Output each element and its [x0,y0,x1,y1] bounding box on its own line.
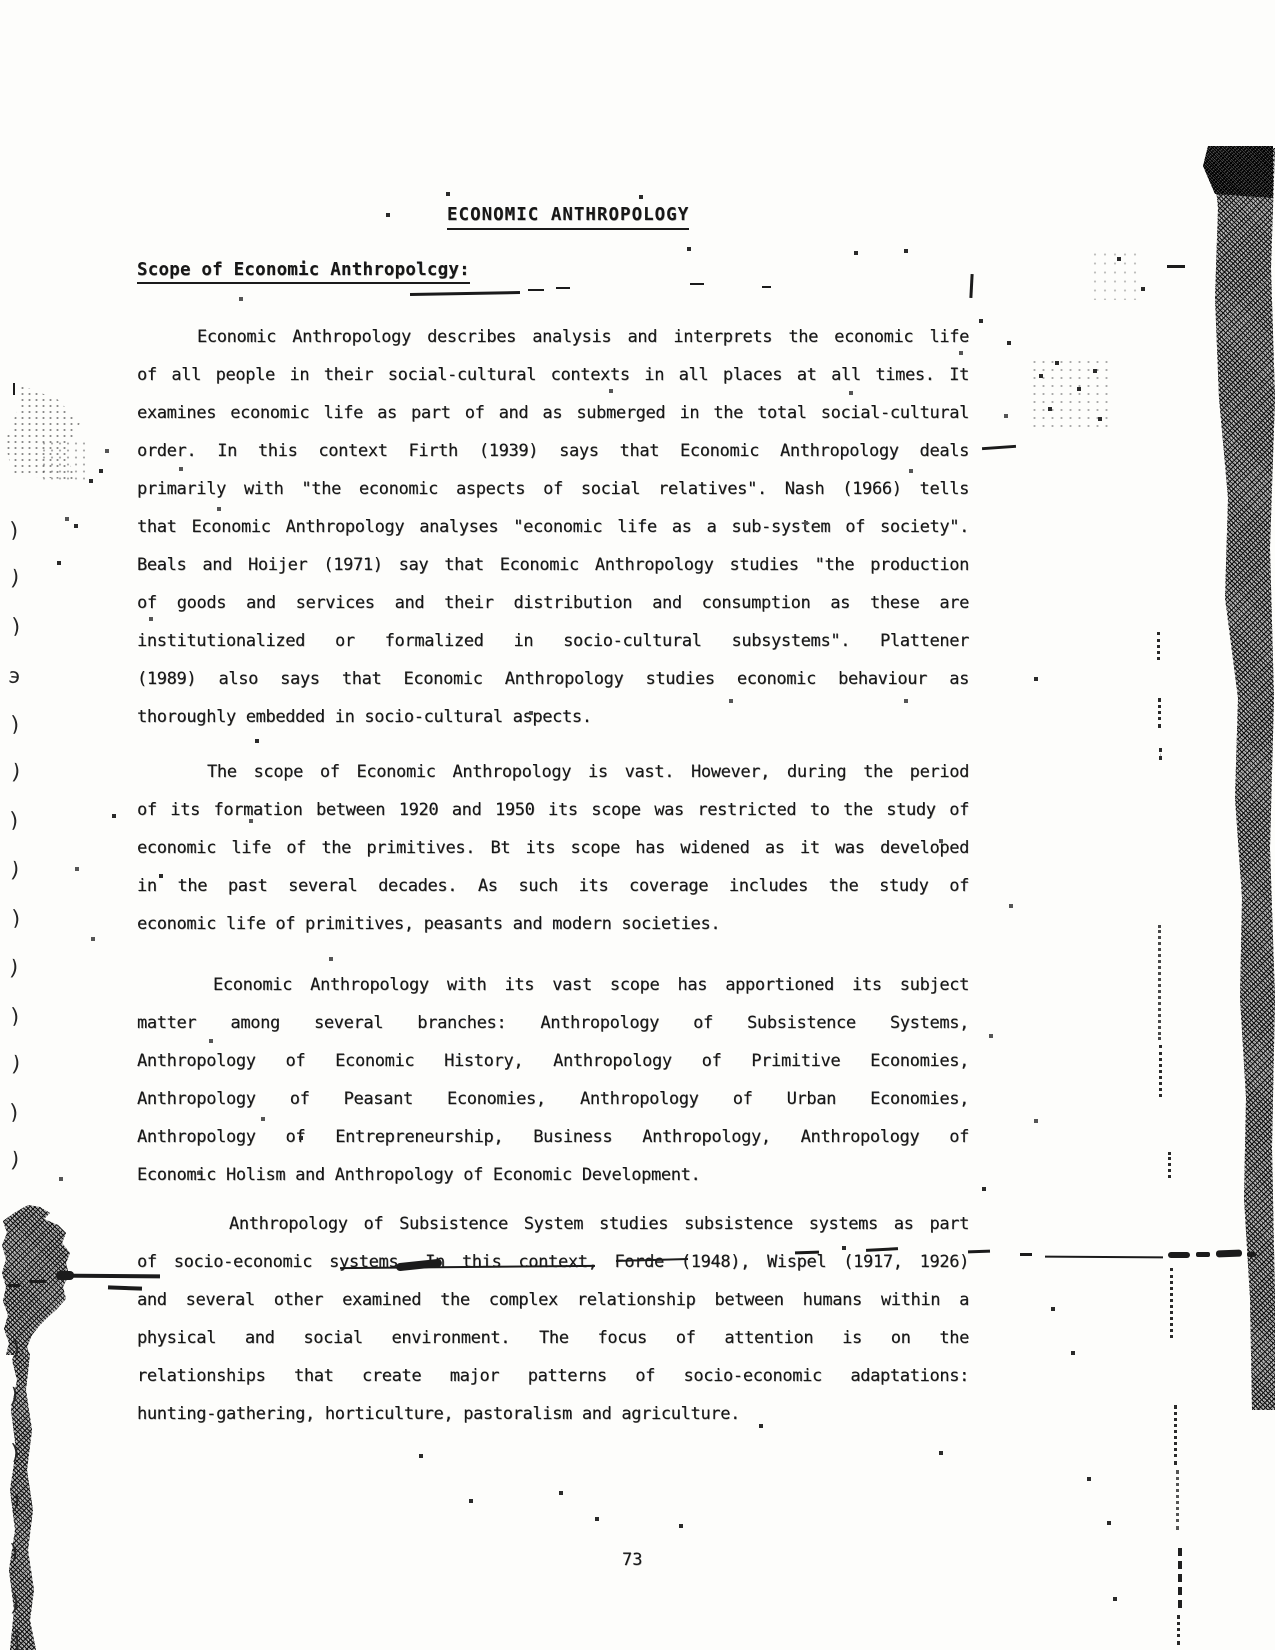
scan-edge-band-cap [1203,146,1273,198]
dotted-scan-line [1177,1615,1180,1645]
text-line: Economic Holism and Anthropology of Econ… [137,1156,969,1194]
speckle-patch [1030,358,1110,428]
binding-paren-mark: ) [9,1491,24,1513]
text-line: physical and social environment. The foc… [137,1319,969,1357]
text-line: that Economic Anthropology analyses "eco… [137,508,969,546]
paragraph-4: Anthropology of Subsistence System studi… [137,1205,969,1433]
binding-paren-mark: ) [7,1102,21,1124]
text-line: Anthropology of Subsistence System studi… [137,1205,969,1243]
pen-dash [690,283,704,285]
page-number: 73 [622,1550,642,1570]
text-line: matter among several branches: Anthropol… [137,1004,969,1042]
dotted-scan-line [1176,1470,1179,1530]
pen-dash [556,287,570,289]
speckle-patch [1090,250,1140,300]
pen-dash [968,1250,990,1254]
binding-paren-mark: ) [8,859,23,881]
pen-blob [1216,1250,1242,1258]
pen-dash [30,1280,46,1283]
text-line: primarily with "the economic aspects of … [137,470,969,508]
pen-blob [1196,1252,1210,1257]
text-line: of its formation between 1920 and 1950 i… [137,791,969,829]
binding-paren-mark: ) [8,1593,23,1615]
text-line: The scope of Economic Anthropology is va… [137,753,969,791]
text-line: institutionalized or formalized in socio… [137,622,969,660]
binding-paren-mark: ) [7,1542,21,1564]
binding-paren-mark: ) [8,1006,22,1028]
text-line: and several other examined the complex r… [137,1281,969,1319]
text-line: Economic Anthropology with its vast scop… [137,966,969,1004]
text-line: order. In this context Firth (1939) says… [137,432,969,470]
pen-dash [528,289,544,291]
binding-paren-mark: ) [7,810,21,832]
text-line: Anthropology of Economic History, Anthro… [137,1042,969,1080]
pen-dash [108,1285,142,1290]
section-heading: Scope of Economic Anthropolcgy: [137,260,470,284]
pen-arrow-line [60,1274,160,1279]
binding-paren-mark: ) [9,908,23,930]
text-line: Anthropology of Entrepreneurship, Busine… [137,1118,969,1156]
dotted-scan-line [1157,632,1160,660]
scan-edge-band [1195,148,1275,1410]
text-line: economic life of primitives, peasants an… [137,905,969,943]
text-line: examines economic life as part of and as… [137,394,969,432]
dotted-scan-line [1159,748,1162,760]
paragraph-3: Economic Anthropology with its vast scop… [137,966,969,1194]
pen-dash [762,286,771,288]
text-line: of socio-economic systems. In this conte… [137,1243,969,1281]
text-line: of goods and services and their distribu… [137,584,969,622]
margin-tick [13,383,15,395]
dotted-scan-line [1170,1268,1173,1338]
binding-paren-mark: ) [8,1442,22,1464]
binding-paren-mark: ) [9,1053,24,1075]
dotted-scan-line [1174,1405,1177,1465]
binding-paren-mark: ) [9,1338,23,1360]
text-line: (1989) also says that Economic Anthropol… [137,660,969,698]
scan-noise [0,0,2,2]
speckle-patch [40,440,85,480]
pen-dash [8,1284,20,1287]
pen-dot [1247,1252,1256,1257]
text-line: hunting-gathering, horticulture, pastora… [137,1395,969,1433]
paragraph-2: The scope of Economic Anthropology is va… [137,753,969,943]
binding-paren-mark: ) [9,761,24,783]
dotted-scan-line [1158,925,1161,1040]
page-title: ECONOMIC ANTHROPOLOGY [447,205,689,230]
binding-paren-mark: ) [8,714,22,736]
pen-line [1045,1256,1163,1259]
binding-paren-mark: ) [7,520,21,542]
text-line: thoroughly embedded in socio-cultural as… [137,698,969,736]
pen-dash [982,445,1016,450]
scanned-document-page: ECONOMIC ANTHROPOLOGY Scope of Economic … [0,0,1275,1650]
text-line: in the past several decades. As such its… [137,867,969,905]
pen-blob [1168,1252,1190,1258]
text-line: of all people in their social-cultural c… [137,356,969,394]
text-line: Anthropology of Peasant Economies, Anthr… [137,1080,969,1118]
pen-dash [1020,1253,1032,1256]
binding-paren-mark: ) [8,1149,23,1171]
dotted-scan-line [1168,1152,1171,1178]
pen-dash [1167,265,1185,268]
paragraph-1: Economic Anthropology describes analysis… [137,318,969,736]
binding-paren-mark: ) [9,616,23,638]
pen-line [410,291,520,296]
text-line: relationships that create major patterns… [137,1357,969,1395]
binding-paren-mark: э [7,665,22,687]
text-line: Economic Anthropology describes analysis… [137,318,969,356]
pen-arrow-head [56,1271,74,1280]
text-line: Beals and Hoijer (1971) say that Economi… [137,546,969,584]
binding-paren-mark: ) [7,1385,22,1407]
text-line: economic life of the primitives. Bt its … [137,829,969,867]
binding-paren-mark: ) [8,567,23,589]
binding-paren-mark: ĵ [9,1630,23,1650]
dashed-scan-line [1178,1548,1182,1608]
dotted-scan-line [1158,698,1161,728]
pen-tick-mark [969,274,973,298]
dotted-scan-line [1159,1045,1162,1097]
binding-paren-mark: ) [7,957,22,979]
